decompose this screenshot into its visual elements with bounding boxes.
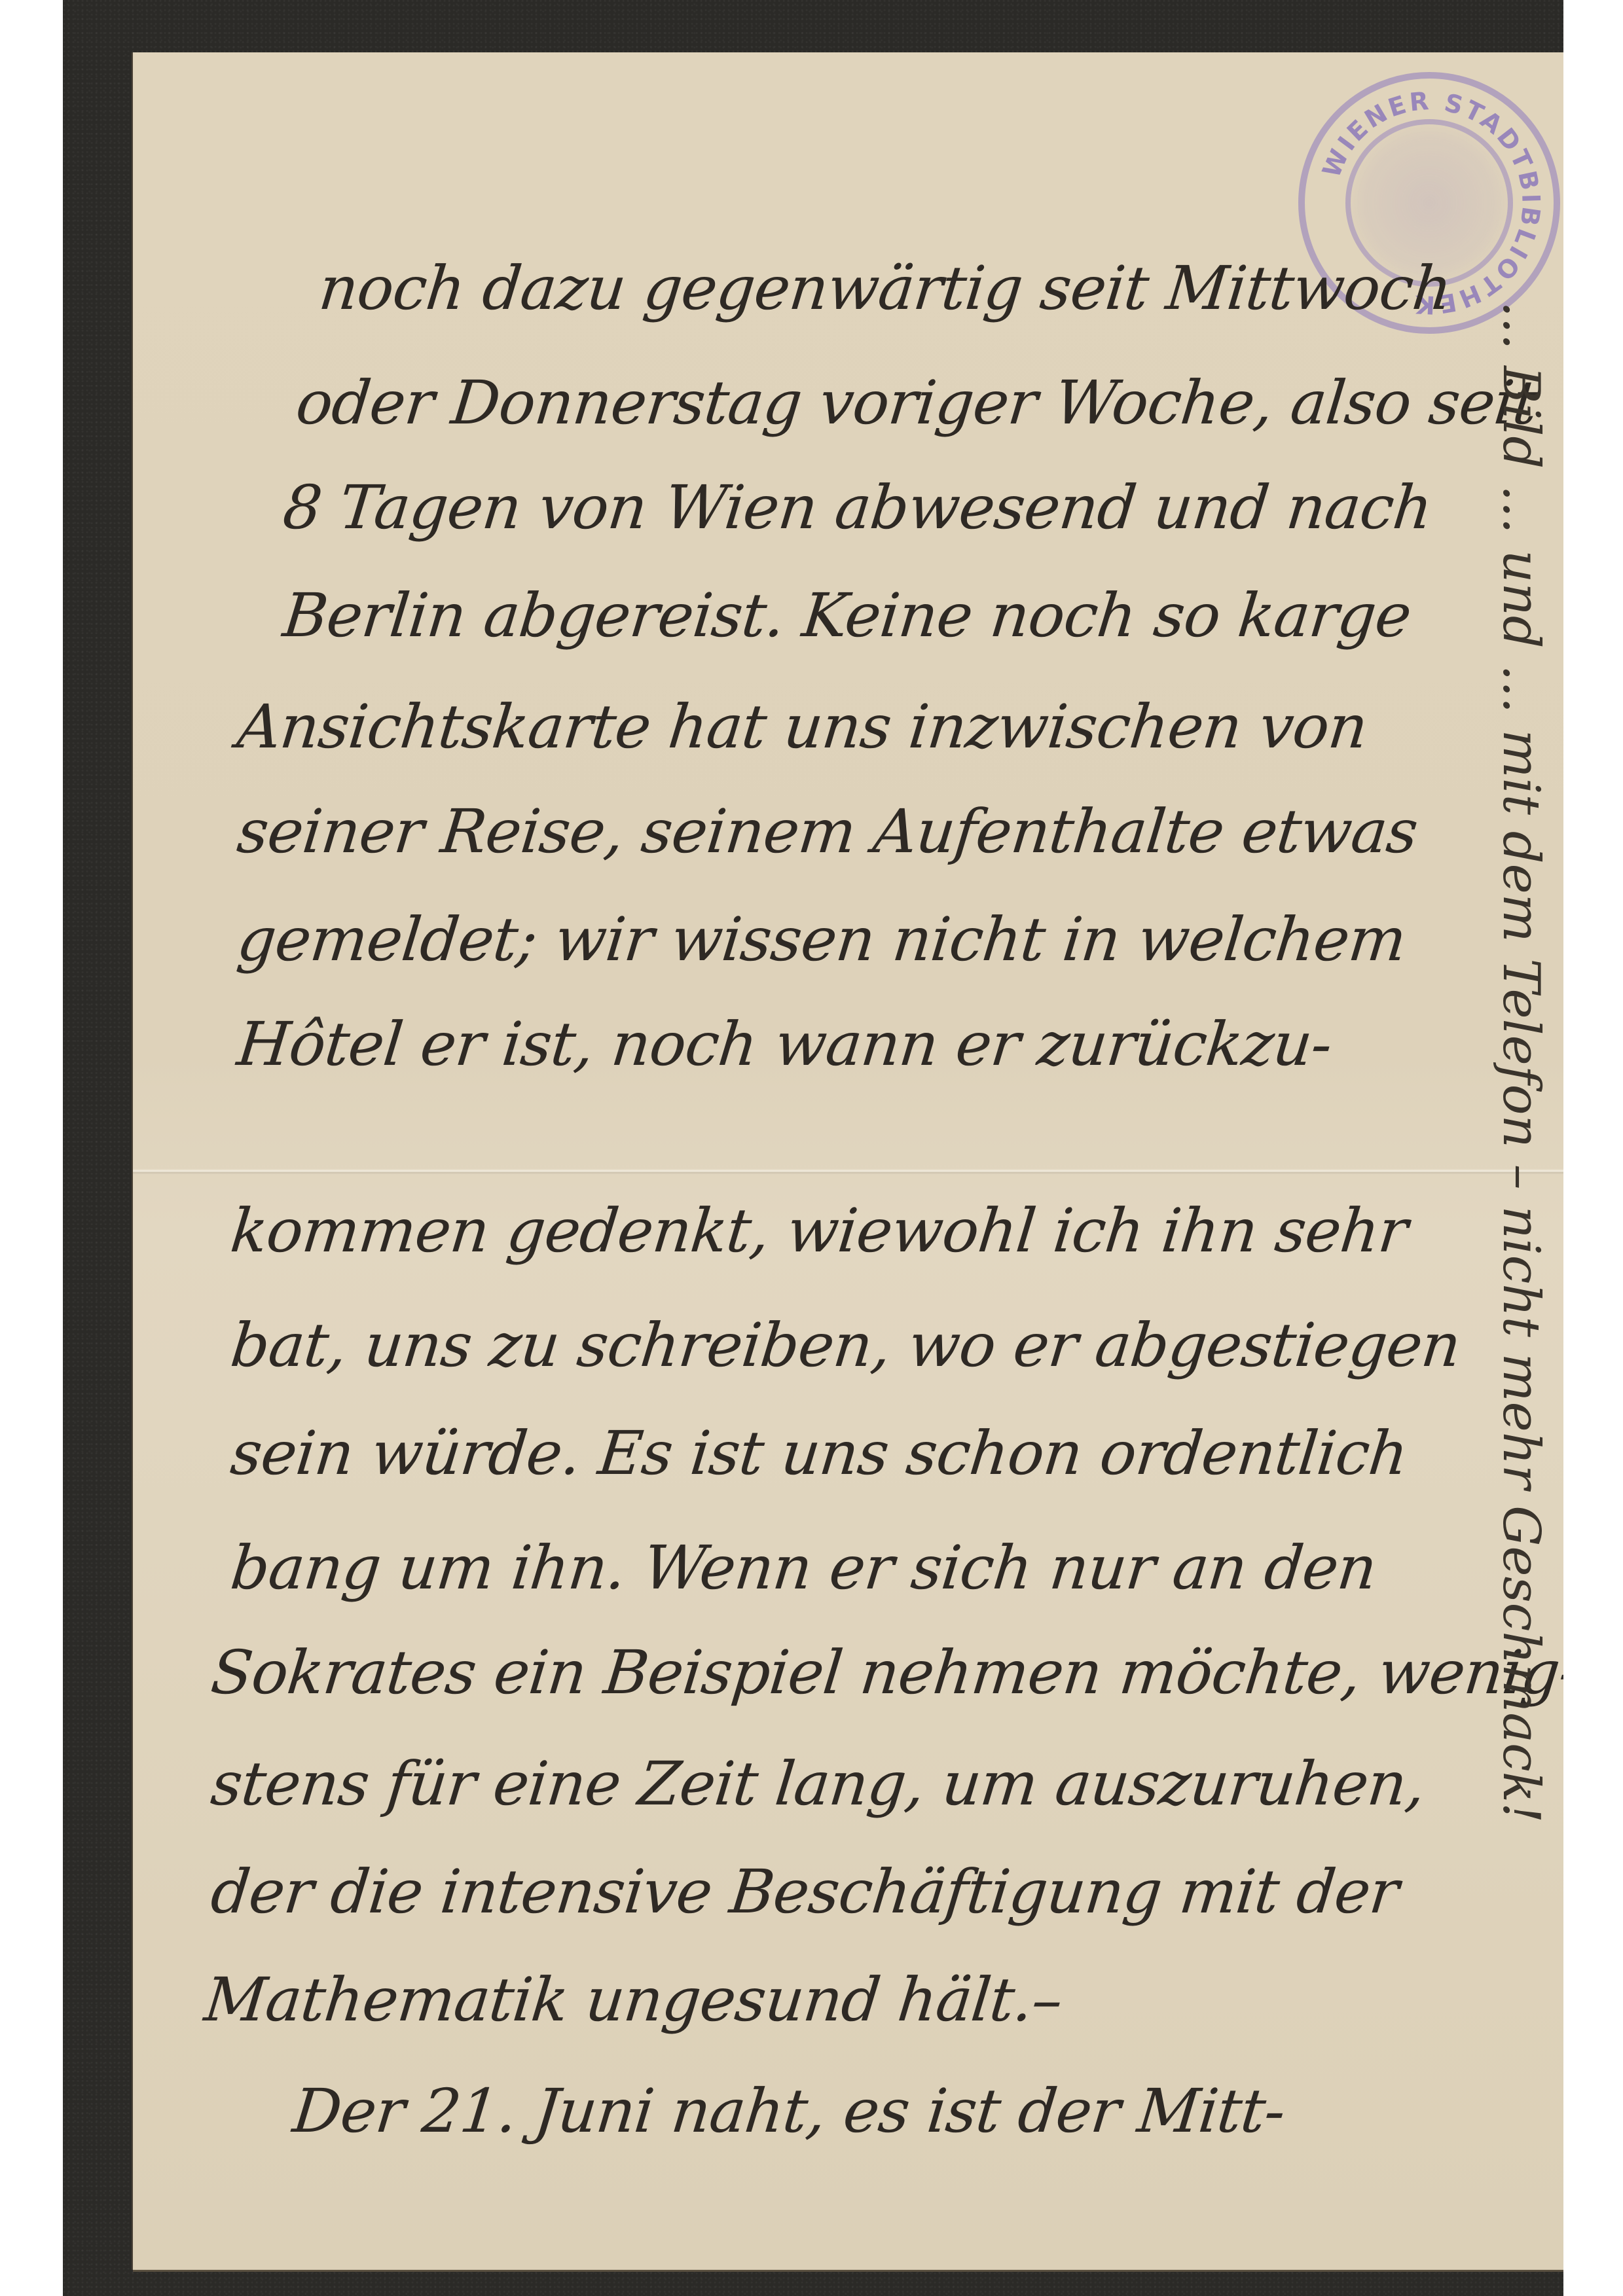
- letter-line: Berlin abgereist. Keine noch so karge: [280, 586, 1413, 646]
- letter-line: Ansichtskarte hat uns inzwischen von: [234, 697, 1370, 757]
- letter-body: noch dazu gegenwärtig seit Mittwoch oder…: [133, 52, 1563, 2270]
- vertical-margin-note: ... Bild ... und ... mit dem Telefon – n…: [1511, 301, 1563, 2265]
- letter-line: gemeldet; wir wissen nicht in welchem: [234, 910, 1408, 970]
- letter-line: Sokrates ein Beispiel nehmen möchte, wen…: [208, 1643, 1563, 1703]
- letter-line: Mathematik ungesund hält.–: [202, 1970, 1065, 2030]
- letter-page: WIENER STADTBIBLIOTHEK noch dazu gegenwä…: [133, 52, 1563, 2270]
- letter-line: Hôtel er ist, noch wann er zurückzu-: [234, 1014, 1334, 1075]
- letter-line: 8 Tagen von Wien abwesend und nach: [280, 478, 1434, 538]
- letter-line: noch dazu gegenwärtig seit Mittwoch: [316, 259, 1454, 319]
- letter-line: seiner Reise, seinem Aufenthalte etwas: [234, 802, 1420, 862]
- letter-line: bang um ihn. Wenn er sich nur an den: [228, 1538, 1379, 1598]
- letter-line: der die intensive Beschäftigung mit der: [208, 1862, 1401, 1922]
- letter-line: sein würde. Es ist uns schon ordentlich: [228, 1424, 1410, 1484]
- letter-line: oder Donnerstag voriger Woche, also seit: [293, 373, 1540, 433]
- letter-line: stens für eine Zeit lang, um auszuruhen,: [208, 1754, 1427, 1814]
- letter-line: kommen gedenkt, wiewohl ich ihn sehr: [228, 1201, 1410, 1261]
- letter-line: bat, uns zu schreiben, wo er abgestiegen: [228, 1316, 1463, 1376]
- letter-line: Der 21. Juni naht, es ist der Mitt-: [290, 2081, 1287, 2142]
